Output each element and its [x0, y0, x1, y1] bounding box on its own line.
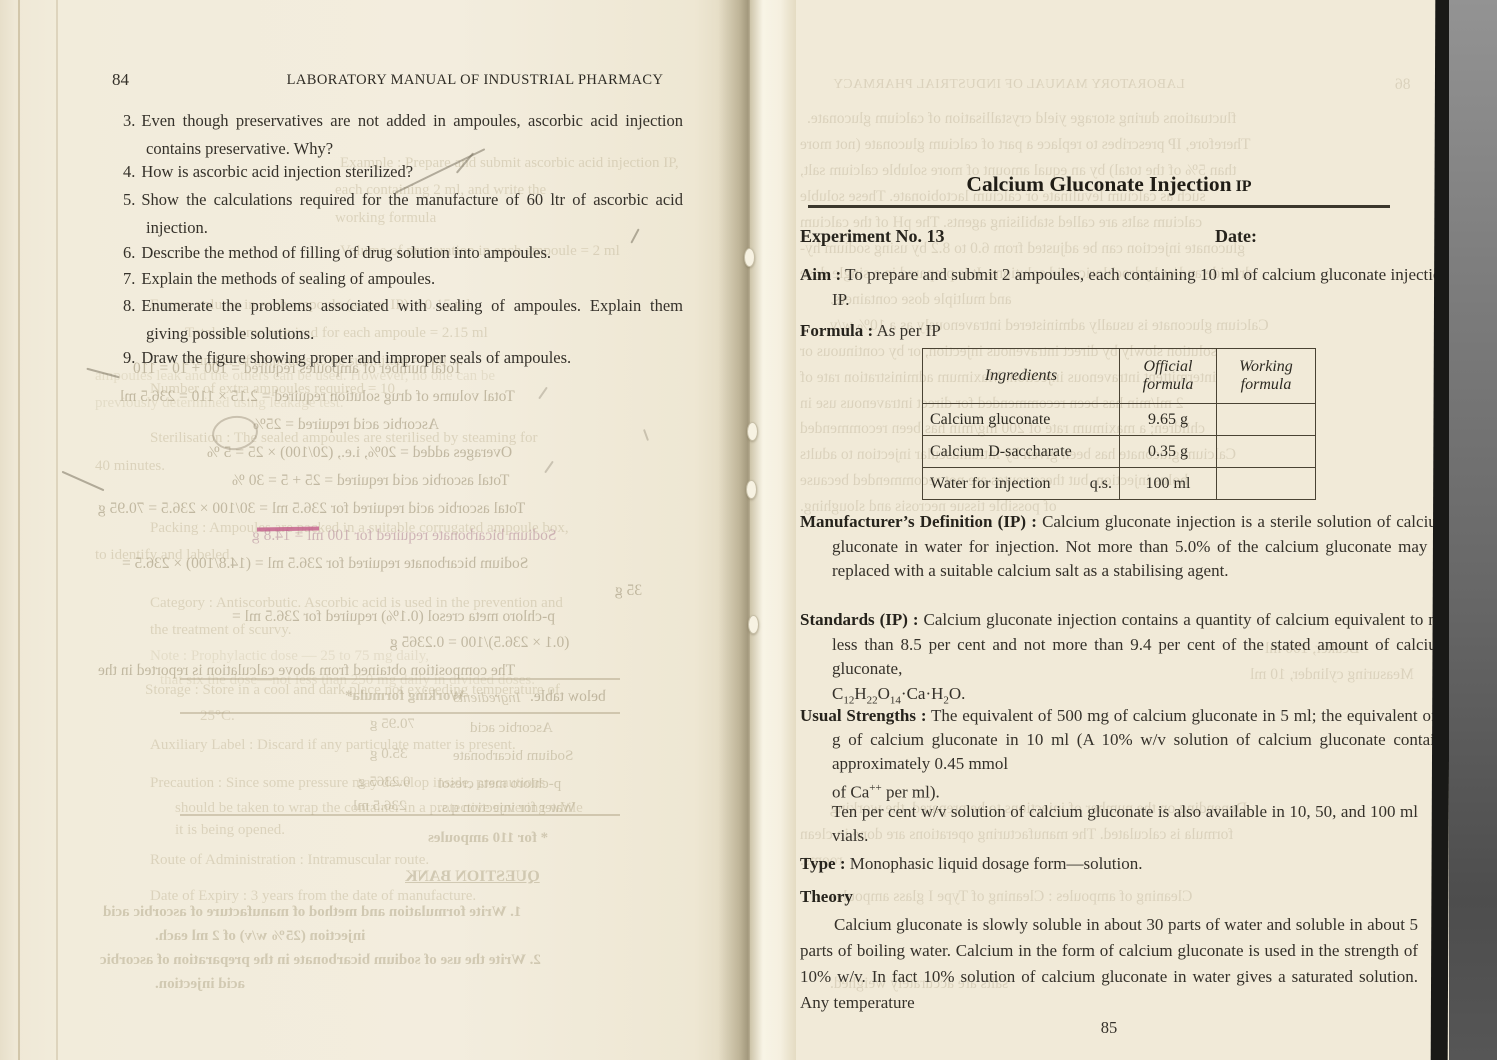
ghost-line: Total ascorbic acid required = 25 + 5 = … — [232, 472, 509, 490]
chem-part: H — [854, 684, 866, 703]
experiment-number: Experiment No. 13 — [800, 226, 944, 247]
left-ghost-table: Working formula* Ingredients Ascorbic ac… — [170, 672, 640, 852]
ghost-table-cell: 70.95 g — [370, 716, 415, 733]
question-item: 4.How is ascorbic acid injection sterili… — [123, 158, 683, 186]
column-header-ingredients: Ingredients — [923, 349, 1120, 404]
standards-text: Calcium gluconate injection contains a q… — [832, 610, 1450, 678]
page-number-right: 85 — [800, 1018, 1418, 1038]
binding-stitch — [746, 480, 757, 499]
standards-label: Standards (IP) : — [800, 610, 919, 629]
question-number: 5. — [123, 190, 141, 209]
ghost-table-cell: Ascorbic acid — [470, 720, 553, 737]
formula-label: Formula : — [800, 321, 873, 340]
running-header-left: LABORATORY MANUAL OF INDUSTRIAL PHARMACY — [240, 72, 710, 89]
binding-stitch — [748, 615, 759, 634]
ghost-table-header: Working formula* — [345, 688, 465, 705]
ghost-table-cell: p-chloro meta cresol — [438, 776, 561, 793]
cell-official: 0.35 g — [1120, 436, 1217, 468]
ghost-table-rule — [180, 678, 620, 680]
question-number: 6. — [123, 243, 141, 262]
cell-official: 100 ml — [1120, 468, 1217, 500]
cell-ingredient: Calcium D-saccharate — [923, 436, 1120, 468]
ghost-line: Total ascorbic acid required for 236.5 m… — [98, 500, 525, 518]
ghost-table-cell: 35.0 g — [370, 746, 408, 763]
formula-text: As per IP — [877, 321, 941, 340]
cell-ingredient: Water for injectionq.s. — [923, 468, 1120, 500]
aim-text: To prepare and submit 2 ampoules, each c… — [832, 265, 1450, 309]
ghost-running-header: LABORATORY MANUAL OF INDUSTRIAL PHARMACY — [833, 76, 1185, 92]
ghost-question-bank-title: QUESTION BANK — [405, 868, 540, 886]
formula-section: Formula : As per IP — [800, 318, 1418, 343]
cell-working — [1217, 468, 1316, 500]
ghost-line: Overages added = 20%, i.e., (20/100) × 2… — [207, 444, 512, 462]
table-row: Calcium gluconate 9.65 g — [923, 404, 1316, 436]
ghost-table-rule — [180, 814, 620, 816]
chapter-title-pharmacopoeia: IP — [1236, 178, 1252, 195]
theory-paragraph: Calcium gluconate is slowly soluble in a… — [800, 912, 1418, 1016]
ghost-line: (0.1 × 236.5)/100 = 0.2365 g — [390, 634, 569, 652]
cell-working — [1217, 404, 1316, 436]
ghost-line: p-chloro meta cresol (0.1%) required for… — [232, 608, 555, 626]
manufacturer-definition-section: Manufacturer’s Definition (IP) : Calcium… — [800, 510, 1450, 584]
column-header-working-formula: Working formula — [1217, 349, 1316, 404]
ghost-line: injection (25% w/v) of 2 ml each. — [155, 928, 365, 945]
chapter-title-text: Calcium Gluconate Injection — [966, 172, 1231, 196]
ghost-line: Total volume of drug solution required =… — [120, 388, 515, 406]
ghost-table-cell: 0.2365 g — [358, 774, 411, 791]
question-number: 3. — [123, 111, 141, 130]
binding-stitch — [747, 422, 758, 441]
text-part: of Ca — [832, 783, 869, 802]
date-label: Date: — [1215, 226, 1257, 247]
question-item: 5.Show the calculations required for the… — [123, 186, 683, 242]
aim-label: Aim : — [800, 265, 841, 284]
scanner-background — [1449, 0, 1497, 1060]
question-item: 3.Even though preservatives are not adde… — [123, 107, 683, 163]
question-text: Explain the methods of sealing of ampoul… — [141, 269, 435, 288]
chem-part: C — [832, 684, 843, 703]
chem-part: O — [878, 684, 890, 703]
question-item: 9.Draw the figure showing proper and imp… — [123, 344, 683, 372]
gutter-crease — [718, 0, 752, 1060]
cell-official: 9.65 g — [1120, 404, 1217, 436]
table-row: Water for injectionq.s. 100 ml — [923, 468, 1316, 500]
type-section: Type : Monophasic liquid dosage form—sol… — [800, 851, 1418, 876]
ghost-line: acid injection. — [155, 976, 245, 993]
standards-section: Standards (IP) : Calcium gluconate injec… — [800, 608, 1450, 712]
question-item: 7.Explain the methods of sealing of ampo… — [123, 265, 683, 293]
question-text: Describe the method of filling of drug s… — [141, 243, 551, 262]
cell-ingredient: Calcium gluconate — [923, 404, 1120, 436]
formula-table-header-row: Ingredients Official formula Working for… — [923, 349, 1316, 404]
superscript: ++ — [869, 782, 881, 794]
question-item: 6.Describe the method of filling of drug… — [123, 239, 683, 267]
left-ghost-question-bank: QUESTION BANK 1. Write formulation and m… — [95, 868, 670, 998]
ghost-line: 35 g — [615, 582, 642, 600]
theory-heading: Theory — [800, 884, 1418, 909]
usual-strengths-section: Usual Strengths : The equivalent of 500 … — [800, 704, 1450, 805]
chem-part: O. — [949, 684, 966, 703]
question-number: 9. — [123, 348, 141, 367]
column-header-official-formula: Official formula — [1120, 349, 1217, 404]
question-number: 8. — [123, 296, 141, 315]
ghost-page-number: 86 — [1395, 76, 1411, 94]
cell-working — [1217, 436, 1316, 468]
type-label: Type : — [800, 854, 846, 873]
table-row: Calcium D-saccharate 0.35 g — [923, 436, 1316, 468]
aim-section: Aim : To prepare and submit 2 ampoules, … — [800, 262, 1450, 312]
question-text: Even though preservatives are not added … — [141, 111, 683, 158]
question-item: 8.Enumerate the problems associated with… — [123, 292, 683, 348]
left-bleedthrough-mirrored: Total number of ampoules required = 100 … — [95, 352, 670, 697]
formula-table: Ingredients Official formula Working for… — [922, 348, 1316, 500]
question-text: Draw the figure showing proper and impro… — [141, 348, 571, 367]
question-number: 7. — [123, 269, 141, 288]
availability-paragraph: Ten per cent w/v solution of calcium glu… — [832, 800, 1418, 848]
cell-qs: q.s. — [1090, 475, 1112, 493]
question-text: Enumerate the problems associated with s… — [141, 296, 683, 343]
ghost-line: fluctuations during storage yield crysta… — [807, 110, 1237, 128]
cell-ingredient-name: Water for injection — [930, 475, 1050, 493]
text-part: per ml). — [882, 783, 940, 802]
title-rule — [808, 205, 1390, 208]
ghost-line: 1. Write formulation and method of manuf… — [103, 904, 521, 921]
book-scan: Example : Prepare and submit ascorbic ac… — [0, 0, 1497, 1060]
ghost-line: Therefore, IP prescribes to replace a pa… — [800, 136, 1250, 154]
ghost-table-cell: 236.5 ml — [353, 798, 406, 815]
ghost-line: Ascorbic acid required = 25% — [253, 416, 439, 434]
chapter-title: Calcium Gluconate Injection IP — [800, 172, 1418, 197]
ghost-table-footnote: * for 110 ampoules — [428, 830, 548, 847]
ghost-line: Sodium bicarbonate required for 236.5 ml… — [122, 555, 528, 573]
ghost-line: 2. Write the use of sodium bicarbonate i… — [100, 952, 541, 969]
ghost-table-header: Ingredients — [453, 690, 521, 707]
binding-stitch — [744, 248, 755, 267]
gutter-gap — [750, 0, 796, 1060]
question-number: 4. — [123, 162, 141, 181]
usual-strengths-label: Usual Strengths : — [800, 706, 926, 725]
ghost-table-rule — [180, 712, 620, 714]
ghost-line: Route of Administration : Intramuscular … — [150, 852, 429, 869]
question-text: How is ascorbic acid injection sterilize… — [141, 162, 413, 181]
question-text: Show the calculations required for the m… — [141, 190, 683, 237]
type-text: Monophasic liquid dosage form—solution. — [850, 854, 1143, 873]
chem-part: ·Ca·H — [901, 684, 943, 703]
ghost-table-cell: Sodium bicarbonate — [453, 748, 573, 765]
manufacturer-definition-label: Manufacturer’s Definition (IP) : — [800, 512, 1037, 531]
page-number-left: 84 — [112, 70, 129, 90]
